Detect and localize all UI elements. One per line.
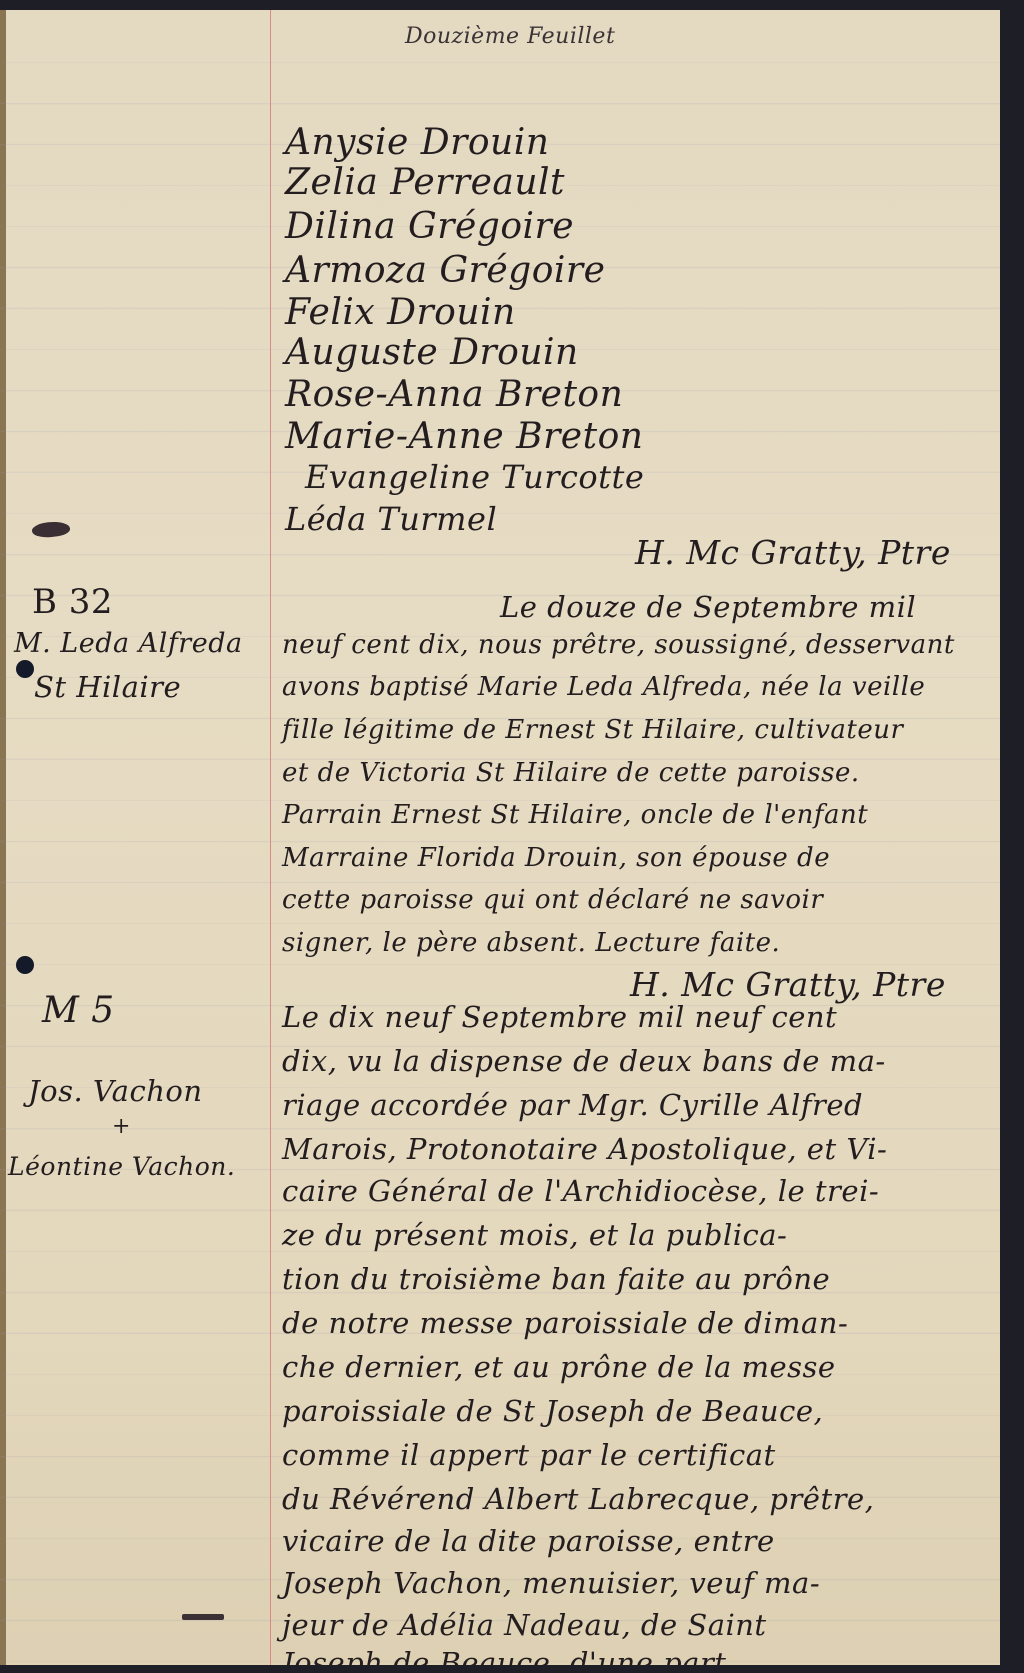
marriage-line: vicaire de la dite paroisse, entre	[282, 1524, 775, 1558]
page-header-title: Douzième Feuillet	[405, 24, 615, 49]
baptism-line: avons baptisé Marie Leda Alfreda, née la…	[282, 672, 925, 702]
marriage-line: dix, vu la dispense de deux bans de ma-	[282, 1044, 886, 1078]
marriage-line: Le dix neuf Septembre mil neuf cent	[282, 1000, 837, 1034]
marriage-line: de notre messe paroissiale de diman-	[282, 1306, 848, 1340]
punch-hole	[16, 956, 34, 974]
register-page: Douzième Feuillet Anysie Drouin Zelia Pe…	[0, 10, 1000, 1665]
signature-name: Rose-Anna Breton	[285, 374, 623, 415]
baptism-line: cette paroisse qui ont déclaré ne savoir	[282, 885, 823, 915]
marriage-line: Joseph de Beauce, d'une part,	[282, 1646, 736, 1665]
marriage-line: Marois, Protonotaire Apostolique, et Vi-	[282, 1132, 887, 1166]
signature-name: Felix Drouin	[285, 292, 516, 333]
marriage-margin-groom: Jos. Vachon	[28, 1074, 203, 1108]
signature-name: Marie-Anne Breton	[285, 416, 643, 457]
marriage-line: Joseph Vachon, menuisier, veuf ma-	[282, 1566, 820, 1600]
priest-signature: H. Mc Gratty, Ptre	[630, 965, 946, 1004]
signature-name: Zelia Perreault	[285, 162, 565, 203]
signature-name: Evangeline Turcotte	[305, 458, 644, 496]
marriage-line: comme il appert par le certificat	[282, 1438, 776, 1472]
marriage-line: paroissiale de St Joseph de Beauce,	[282, 1394, 823, 1428]
marriage-line: ze du présent mois, et la publica-	[282, 1218, 787, 1252]
punch-hole	[16, 660, 34, 678]
signature-name: Auguste Drouin	[285, 332, 579, 373]
baptism-margin-surname: St Hilaire	[34, 670, 181, 704]
baptism-line: fille légitime de Ernest St Hilaire, cul…	[282, 715, 903, 745]
marriage-line: jeur de Adélia Nadeau, de Saint	[282, 1608, 767, 1642]
signature-name: Armoza Grégoire	[285, 250, 605, 291]
priest-signature: H. Mc Gratty, Ptre	[635, 533, 951, 572]
marriage-margin-separator: +	[112, 1114, 131, 1139]
scan-frame-right	[1000, 0, 1024, 1673]
signature-name: Anysie Drouin	[285, 122, 549, 163]
scan-frame-top	[0, 0, 1024, 10]
entry-code-marriage: M 5	[42, 990, 115, 1031]
entry-code-baptism: B 32	[32, 582, 113, 622]
marriage-line: du Révérend Albert Labrecque, prêtre,	[282, 1482, 874, 1516]
baptism-line: Marraine Florida Drouin, son épouse de	[282, 843, 830, 873]
marriage-line: che dernier, et au prône de la messe	[282, 1350, 836, 1384]
baptism-line: et de Victoria St Hilaire de cette paroi…	[282, 758, 860, 788]
marriage-line: caire Général de l'Archidiocèse, le trei…	[282, 1174, 879, 1208]
marriage-margin-bride: Léontine Vachon.	[8, 1152, 235, 1181]
signature-name: Dilina Grégoire	[285, 206, 574, 247]
margin-line	[270, 10, 271, 1665]
signature-name: Léda Turmel	[285, 500, 497, 538]
baptism-line: Parrain Ernest St Hilaire, oncle de l'en…	[282, 800, 868, 830]
baptism-margin-name: M. Leda Alfreda	[14, 628, 243, 659]
baptism-line: signer, le père absent. Lecture faite.	[282, 928, 780, 958]
baptism-line: Le douze de Septembre mil	[500, 590, 916, 624]
marriage-line: riage accordée par Mgr. Cyrille Alfred	[282, 1088, 863, 1122]
ink-dash-mark	[182, 1614, 224, 1620]
baptism-line: neuf cent dix, nous prêtre, soussigné, d…	[282, 630, 955, 660]
marriage-line: tion du troisième ban faite au prône	[282, 1262, 830, 1296]
